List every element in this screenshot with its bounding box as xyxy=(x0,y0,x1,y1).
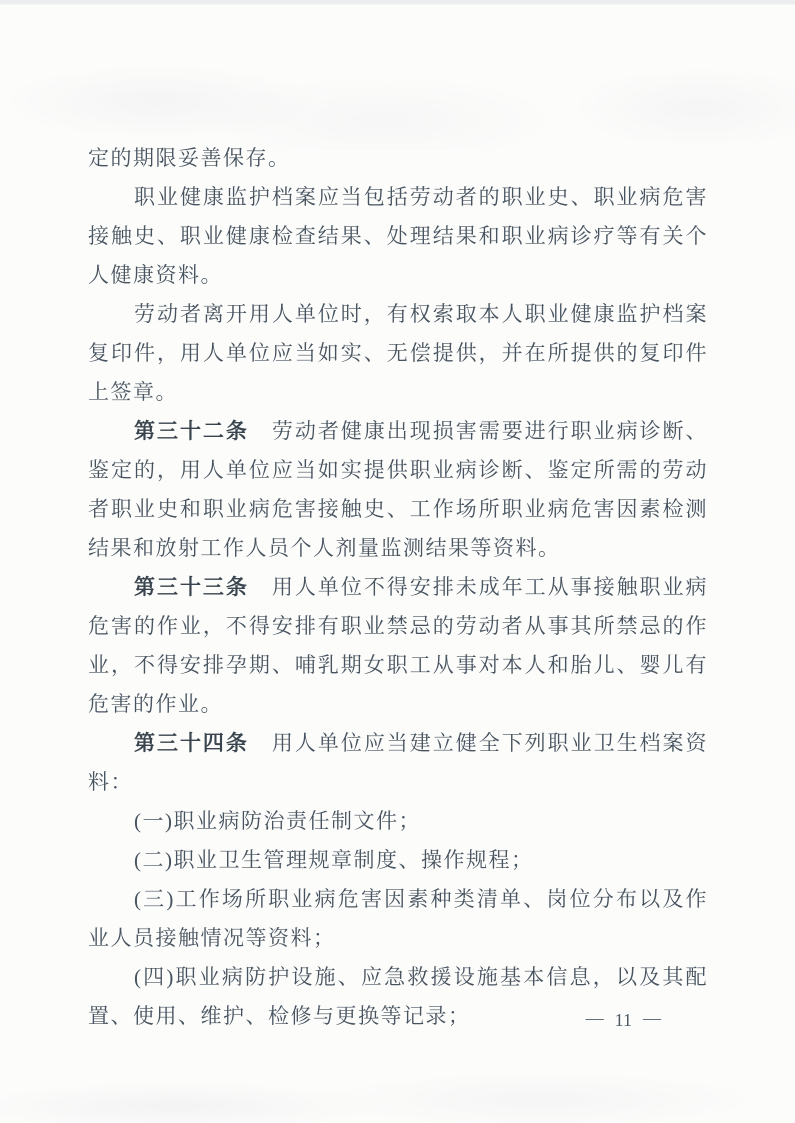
footer-right-dash: — xyxy=(643,1008,661,1029)
paragraph-worker-copy-rights: 劳动者离开用人单位时，有权索取本人职业健康监护档案复印件，用人单位应当如实、无偿… xyxy=(88,295,708,412)
scan-noise-bottom xyxy=(0,1040,795,1123)
paragraph-text: (一)职业病防治责任制文件； xyxy=(134,809,421,833)
paragraph-text: 职业健康监护档案应当包括劳动者的职业史、职业病危害接触史、职业健康检查结果、处理… xyxy=(88,185,708,287)
list-item-3: (三)工作场所职业病危害因素种类清单、岗位分布以及作业人员接触情况等资料； xyxy=(88,880,708,958)
page-number: 11 xyxy=(615,1010,632,1031)
list-item-1: (一)职业病防治责任制文件； xyxy=(88,802,708,841)
paragraph-retention-continuation: 定的期限妥善保存。 xyxy=(88,139,708,178)
paragraph-text: 劳动者离开用人单位时，有权索取本人职业健康监护档案复印件，用人单位应当如实、无偿… xyxy=(88,302,708,404)
paragraph-article-32: 第三十二条劳动者健康出现损害需要进行职业病诊断、鉴定的，用人单位应当如实提供职业… xyxy=(88,412,708,568)
list-item-2: (二)职业卫生管理规章制度、操作规程； xyxy=(88,841,708,880)
paragraph-health-archive-contents: 职业健康监护档案应当包括劳动者的职业史、职业病危害接触史、职业健康检查结果、处理… xyxy=(88,178,708,295)
paragraph-article-34: 第三十四条用人单位应当建立健全下列职业卫生档案资料： xyxy=(88,724,708,802)
document-body: 定的期限妥善保存。 职业健康监护档案应当包括劳动者的职业史、职业病危害接触史、职… xyxy=(88,139,708,1036)
paragraph-text: (三)工作场所职业病危害因素种类清单、岗位分布以及作业人员接触情况等资料； xyxy=(88,887,708,950)
page-footer: —11— xyxy=(88,1010,672,1031)
article-33-number: 第三十三条 xyxy=(134,576,249,599)
article-32-number: 第三十二条 xyxy=(134,420,249,443)
paragraph-text: 定的期限妥善保存。 xyxy=(88,146,291,170)
footer-left-dash: — xyxy=(586,1008,604,1029)
article-34-number: 第三十四条 xyxy=(134,732,249,755)
paragraph-text: (二)职业卫生管理规章制度、操作规程； xyxy=(134,848,534,872)
paragraph-article-33: 第三十三条用人单位不得安排未成年工从事接触职业病危害的作业，不得安排有职业禁忌的… xyxy=(88,568,708,724)
scan-noise-top xyxy=(0,0,795,150)
